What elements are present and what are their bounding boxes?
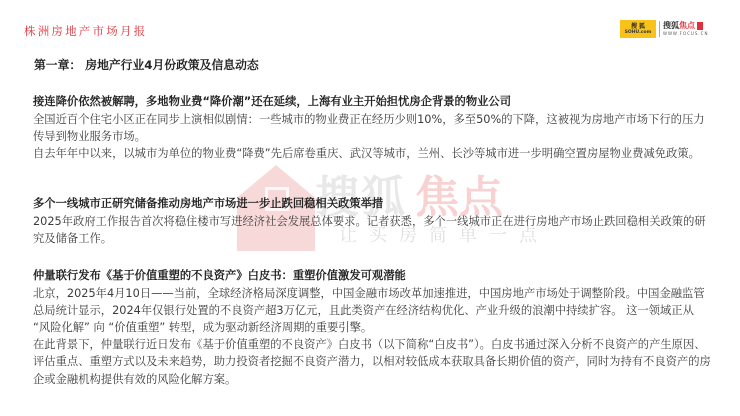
sohu-logo-main: 搜 狐 <box>631 23 645 30</box>
logo-group: 搜 狐 SOHU.com 搜狐 焦点 WWW.FOCUS.CN <box>620 20 708 38</box>
report-title: 株洲房地产市场月报 <box>24 23 147 39</box>
paragraph: 自去年年中以来，以城市为单位的物业费“降费”先后席卷重庆、武汉等城市，兰州、长沙… <box>33 145 713 162</box>
sohu-logo-sub: SOHU.com <box>625 30 652 36</box>
focus-logo-red: 焦点 <box>679 21 695 31</box>
news-section-property-fees: 接连降价依然被解聘，多地物业费“降价潮”还在延续，上海有业主开始担忧房企背景的物… <box>33 93 713 162</box>
focus-logo-black: 搜狐 <box>663 21 679 31</box>
section-title: 多个一线城市正研究储备推动房地产市场进一步止跌回稳相关政策举措 <box>33 195 713 213</box>
paragraph: 北京，2025年4月10日——当前，全球经济格局深度调整，中国金融市场改革加速推… <box>33 285 713 337</box>
news-section-tier1-policy: 多个一线城市正研究储备推动房地产市场进一步止跌回稳相关政策举措 2025年政府工… <box>33 195 713 247</box>
section-title: 接连降价依然被解聘，多地物业费“降价潮”还在延续，上海有业主开始担忧房企背景的物… <box>33 93 713 111</box>
news-section-jll-whitepaper: 仲量联行发布《基于价值重塑的不良资产》白皮书：重塑价值激发可观潜能 北京，202… <box>33 267 713 388</box>
paragraph: 全国近百个住宅小区正在同步上演相似剧情：一些城市的物业费正在经历少则10%，多至… <box>33 111 713 145</box>
section-title: 仲量联行发布《基于价值重塑的不良资产》白皮书：重塑价值激发可观潜能 <box>33 267 713 285</box>
focus-logo-wordmark: 搜狐 焦点 <box>663 21 708 31</box>
focus-badge-icon <box>697 22 703 30</box>
document-body: 第一章： 房地产行业4月份政策及信息动态 接连降价依然被解聘，多地物业费“降价潮… <box>33 57 713 74</box>
paragraph: 在此背景下，仲量联行近日发布《基于价值重塑的不良资产》白皮书（以下简称“白皮书”… <box>33 336 713 388</box>
sohu-logo: 搜 狐 SOHU.com <box>620 20 656 38</box>
chapter-title: 第一章： 房地产行业4月份政策及信息动态 <box>34 57 713 74</box>
focus-logo: 搜狐 焦点 WWW.FOCUS.CN <box>663 21 708 37</box>
page-header: 株洲房地产市场月报 搜 狐 SOHU.com 搜狐 焦点 WWW.FOCUS.C… <box>0 0 740 50</box>
paragraph: 2025年政府工作报告首次将稳住楼市写进经济社会发展总体要求。记者获悉，多个一线… <box>33 213 713 247</box>
logo-divider <box>659 21 660 37</box>
focus-logo-url: WWW.FOCUS.CN <box>663 31 708 37</box>
